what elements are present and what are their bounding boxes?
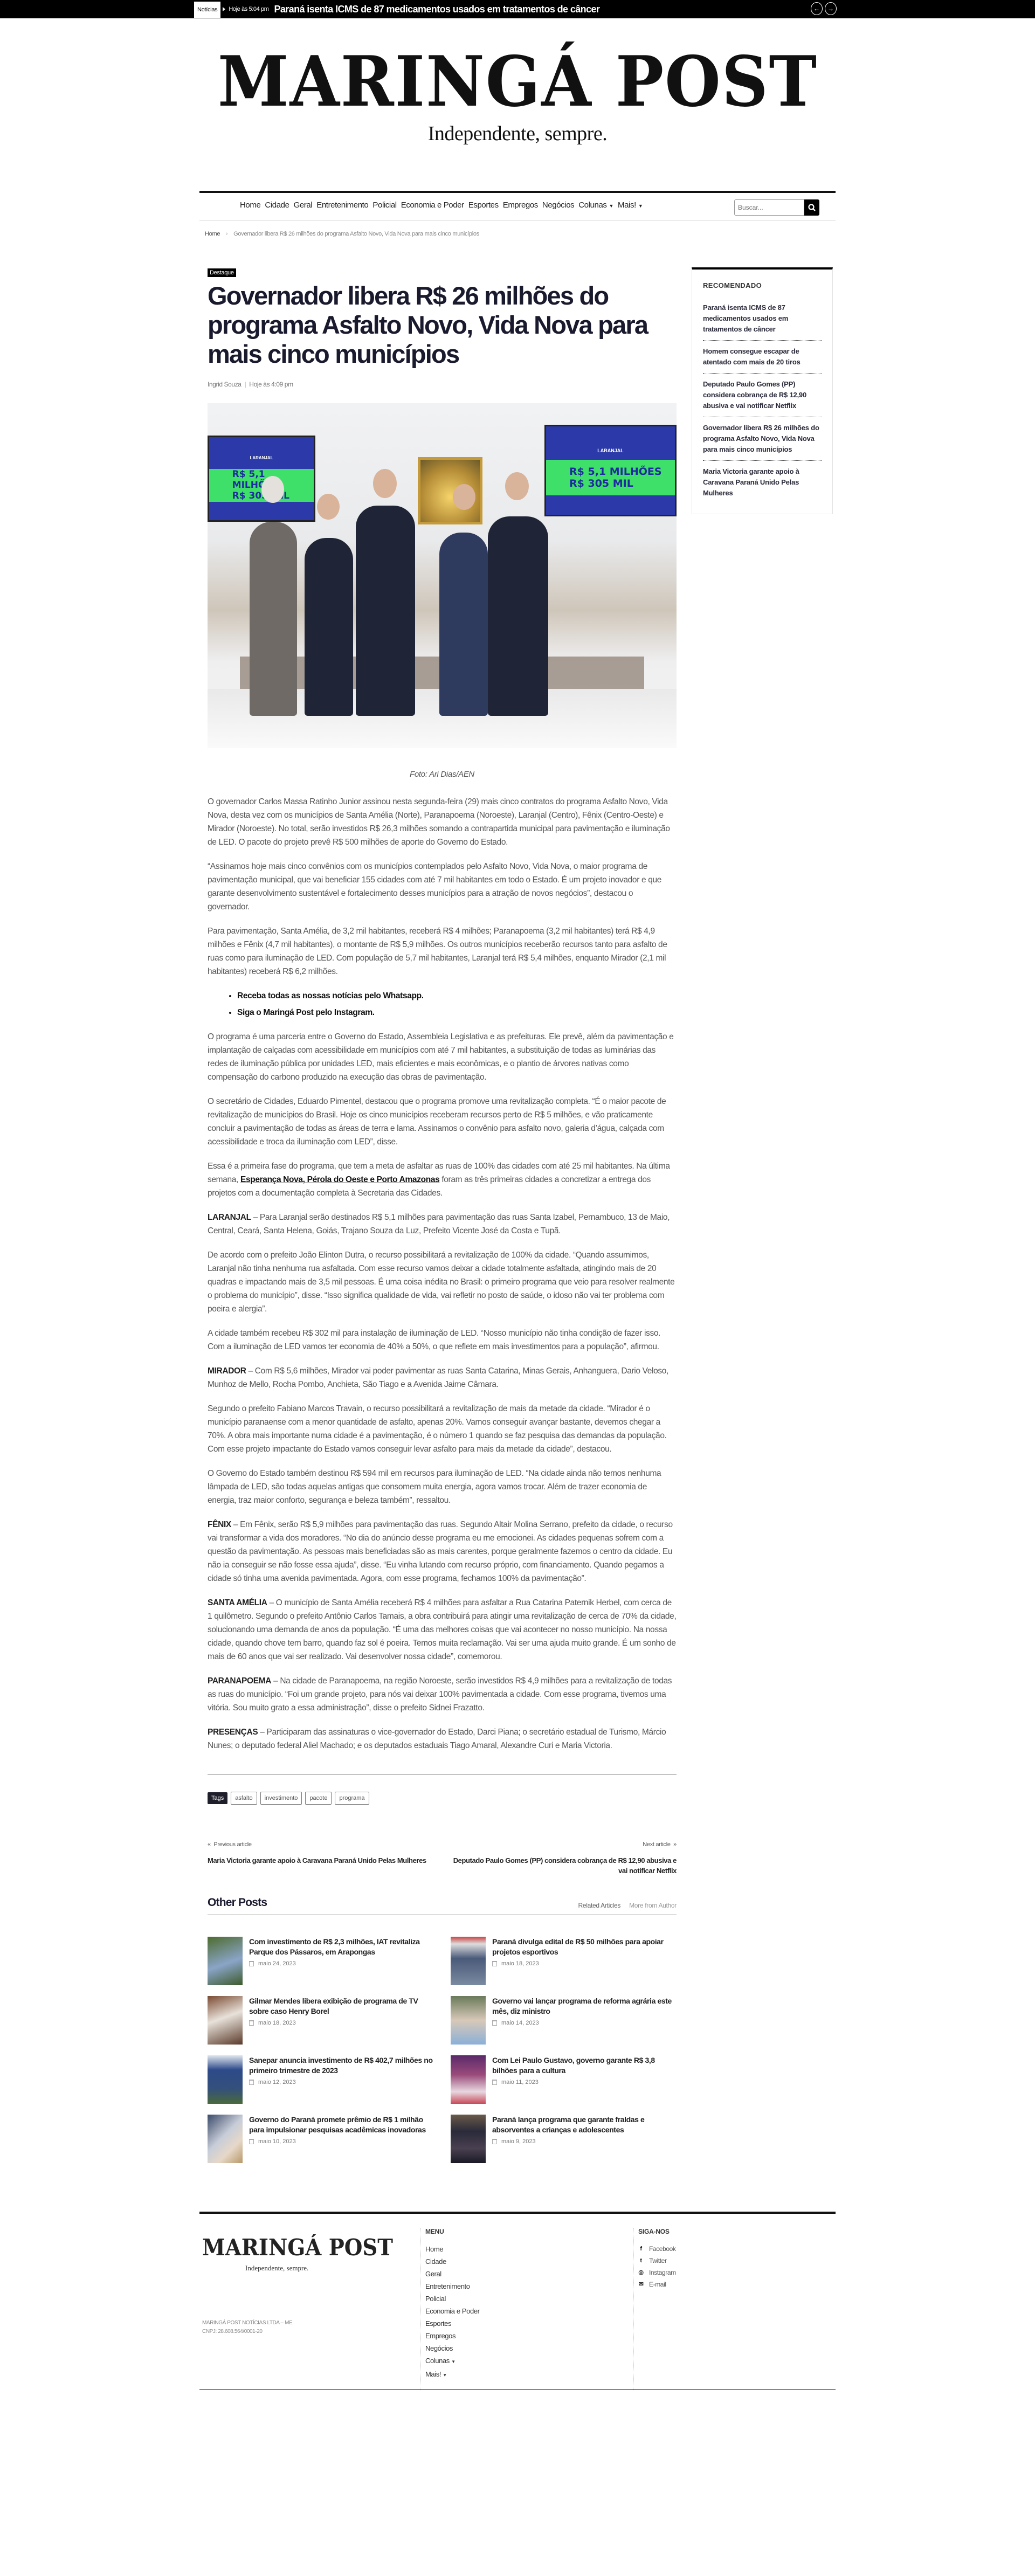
footer-menu-geral[interactable]: Geral	[425, 2270, 441, 2278]
post-title: Sanepar anuncia investimento de R$ 402,7…	[249, 2055, 433, 2076]
post-thumbnail	[208, 2115, 243, 2163]
paragraph: Essa é a primeira fase do programa, que …	[208, 1159, 677, 1200]
author-link[interactable]: Ingrid Souza	[208, 381, 241, 388]
chevron-down-icon: ▼	[451, 2359, 456, 2364]
next-title: Deputado Paulo Gomes (PP) considera cobr…	[450, 1855, 677, 1876]
facebook-link[interactable]: Facebook	[649, 2243, 676, 2255]
menu-label: Mais!	[425, 2370, 441, 2378]
post-title: Gilmar Mendes libera exibição de program…	[249, 1996, 433, 2016]
nav-item-home[interactable]: Home	[240, 201, 260, 210]
section-label: FÊNIX	[208, 1520, 231, 1529]
post-thumbnail	[451, 1937, 486, 1985]
paragraph: O secretário de Cidades, Eduardo Pimente…	[208, 1095, 677, 1149]
divider	[208, 1774, 677, 1774]
recommended-widget: RECOMENDADO Paraná isenta ICMS de 87 med…	[692, 267, 833, 514]
ticker-arrow-icon	[223, 7, 225, 11]
image-tv-screen-left: LARANJAL R$ 5,1 MILHÕES R$ 305 MIL	[208, 436, 315, 522]
footer-social-title: SIGA-NOS	[638, 2228, 836, 2235]
nav-item-mais[interactable]: Mais!▼	[618, 201, 643, 210]
nav-item-label: Mais!	[618, 201, 636, 210]
recommended-title: RECOMENDADO	[703, 281, 822, 289]
image-person-head	[317, 494, 340, 520]
paragraph: PARANAPOEMA – Na cidade de Paranapoema, …	[208, 1674, 677, 1715]
nav-item-policial[interactable]: Policial	[372, 201, 396, 210]
site-tagline: Independente, sempre.	[0, 122, 1035, 146]
other-posts-grid: Com investimento de R$ 2,3 milhões, IAT …	[208, 1937, 677, 2163]
email-icon: ✉	[638, 2278, 644, 2290]
screen-city: LARANJAL	[209, 455, 314, 460]
tag-investimento[interactable]: investimento	[260, 1792, 302, 1805]
footer-menu-negocios[interactable]: Negócios	[425, 2344, 453, 2352]
image-tv-screen-right: LARANJAL R$ 5,1 MILHÕES R$ 305 MIL	[544, 425, 677, 516]
article-body: O governador Carlos Massa Ratinho Junior…	[208, 795, 677, 1752]
calendar-icon	[492, 1961, 497, 1966]
instagram-icon: ◎	[638, 2267, 644, 2278]
instagram-link[interactable]: Siga o Maringá Post pelo Instagram.	[237, 1008, 375, 1017]
ticker-label: Notícias	[194, 2, 220, 18]
post-card[interactable]: Com Lei Paulo Gustavo, governo garante R…	[451, 2055, 677, 2104]
post-thumbnail	[451, 2055, 486, 2104]
whatsapp-link[interactable]: Receba todas as nossas notícias pelo Wha…	[237, 991, 424, 1000]
paragraph: PRESENÇAS – Participaram das assinaturas…	[208, 1725, 677, 1752]
image-caption: Foto: Ari Dias/AEN	[208, 770, 677, 779]
prev-title: Maria Victoria garante apoio à Caravana …	[208, 1855, 434, 1866]
post-date: maio 14, 2023	[501, 2020, 539, 2026]
text-span: – O município de Santa Amélia receberá R…	[208, 1598, 676, 1661]
calendar-icon	[249, 1961, 254, 1966]
double-chevron-left-icon: «	[208, 1841, 213, 1848]
paragraph: O governador Carlos Massa Ratinho Junior…	[208, 795, 677, 849]
paragraph: LARANJAL – Para Laranjal serão destinado…	[208, 1211, 677, 1238]
search-input[interactable]	[734, 199, 804, 216]
recommended-item[interactable]: Governador libera R$ 26 milhões do progr…	[703, 417, 822, 461]
meta-divider: |	[245, 381, 246, 388]
tab-related-articles[interactable]: Related Articles	[578, 1902, 621, 1909]
calendar-icon	[249, 2139, 254, 2144]
post-thumbnail	[208, 1996, 243, 2045]
chevron-down-icon: ▼	[443, 2373, 447, 2378]
ticker-next-button[interactable]: →	[825, 2, 837, 15]
nav-item-cidade[interactable]: Cidade	[265, 201, 289, 210]
masthead: MARINGÁ POST Independente, sempre.	[0, 18, 1035, 191]
section-label: LARANJAL	[208, 1213, 251, 1222]
nav-item-negocios[interactable]: Negócios	[542, 201, 574, 210]
twitter-link[interactable]: Twitter	[649, 2255, 667, 2267]
article-meta: Ingrid Souza|Hoje às 4:09 pm	[208, 381, 674, 388]
calendar-icon	[492, 2080, 497, 2085]
other-posts-header: Other Posts Related Articles More from A…	[208, 1896, 677, 1915]
post-title: Governo do Paraná promete prêmio de R$ 1…	[249, 2115, 433, 2135]
nav-item-colunas[interactable]: Colunas▼	[578, 201, 613, 210]
ticker-headline-link[interactable]: Paraná isenta ICMS de 87 medicamentos us…	[274, 4, 599, 15]
post-date: maio 9, 2023	[501, 2138, 536, 2145]
breadcrumb-home-link[interactable]: Home	[205, 231, 220, 237]
screen-value-1: R$ 5,1 MILHÕES	[569, 466, 675, 478]
menu-label: Colunas	[425, 2357, 450, 2365]
next-article-link[interactable]: Next article » Deputado Paulo Gomes (PP)…	[450, 1841, 677, 1876]
company-name: MARINGÁ POST NOTÍCIAS LTDA – ME	[202, 2319, 420, 2328]
footer-tagline: Independente, sempre.	[245, 2264, 420, 2273]
recommended-item[interactable]: Paraná isenta ICMS de 87 medicamentos us…	[703, 297, 822, 341]
text-span: – Em Fênix, serão R$ 5,9 milhões para pa…	[208, 1520, 673, 1583]
recommended-item[interactable]: Homem consegue escapar de atentado com m…	[703, 341, 822, 374]
nav-item-geral[interactable]: Geral	[294, 201, 313, 210]
other-posts-title: Other Posts	[208, 1896, 267, 1909]
paragraph: O programa é uma parceria entre o Govern…	[208, 1030, 677, 1084]
post-date: maio 10, 2023	[258, 2138, 296, 2145]
post-thumbnail	[451, 1996, 486, 2045]
prev-label: Previous article	[213, 1841, 251, 1848]
chevron-right-icon: ›	[226, 231, 227, 237]
search-button[interactable]	[804, 199, 819, 216]
nav-item-label: Colunas	[578, 201, 606, 210]
image-person-head	[453, 484, 475, 510]
calendar-icon	[249, 2080, 254, 2085]
footer-menu-entretenimento[interactable]: Entretenimento	[425, 2282, 470, 2290]
paragraph: O Governo do Estado também destinou R$ 5…	[208, 1467, 677, 1507]
post-title: Paraná lança programa que garante fralda…	[492, 2115, 677, 2135]
section-label: PARANAPOEMA	[208, 1676, 271, 1686]
post-date: maio 11, 2023	[501, 2079, 539, 2085]
post-date: maio 18, 2023	[258, 2020, 296, 2026]
ticker-time: Hoje às 5:04 pm	[229, 6, 268, 12]
post-card[interactable]: Governo do Paraná promete prêmio de R$ 1…	[208, 2115, 433, 2163]
section-label: MIRADOR	[208, 1366, 246, 1376]
nav-item-empregos[interactable]: Empregos	[503, 201, 538, 210]
tags-label: Tags	[208, 1792, 227, 1804]
post-card[interactable]: Governo vai lançar programa de reforma a…	[451, 1996, 677, 2045]
text-span: – Com R$ 5,6 milhões, Mirador vai poder …	[208, 1366, 668, 1389]
post-title: Com investimento de R$ 2,3 milhões, IAT …	[249, 1937, 433, 1957]
previous-article-link[interactable]: « Previous article Maria Victoria garant…	[208, 1841, 434, 1876]
post-date: maio 24, 2023	[258, 1960, 296, 1967]
paragraph: Segundo o prefeito Fabiano Marcos Travai…	[208, 1402, 677, 1456]
publish-date: Hoje às 4:09 pm	[249, 381, 293, 388]
twitter-icon: t	[638, 2255, 644, 2267]
post-card[interactable]: Gilmar Mendes libera exibição de program…	[208, 1996, 433, 2045]
post-thumbnail	[451, 2115, 486, 2163]
footer-menu: Home Cidade Geral Entretenimento Policia…	[425, 2243, 633, 2381]
screen-value-2: R$ 305 MIL	[569, 478, 675, 489]
footer: MARINGÁ POST Independente, sempre. MARIN…	[199, 2212, 836, 2389]
company-cnpj: CNPJ: 28.608.564/0001-20	[202, 2328, 420, 2336]
footer-menu-home[interactable]: Home	[425, 2245, 443, 2253]
post-card[interactable]: Sanepar anuncia investimento de R$ 402,7…	[208, 2055, 433, 2104]
screen-city: LARANJAL	[546, 448, 675, 453]
chevron-down-icon: ▼	[638, 203, 643, 209]
social-links: fFacebook tTwitter ◎Instagram ✉E-mail	[638, 2243, 836, 2290]
post-date: maio 12, 2023	[258, 2079, 296, 2085]
image-person	[250, 522, 297, 716]
footer-legal: MARINGÁ POST NOTÍCIAS LTDA – ME CNPJ: 28…	[202, 2319, 420, 2336]
footer-bottom-rule	[199, 2389, 836, 2422]
promo-list: Receba todas as nossas notícias pelo Wha…	[237, 989, 677, 1019]
post-title: Governo vai lançar programa de reforma a…	[492, 1996, 677, 2016]
sidebar: RECOMENDADO Paraná isenta ICMS de 87 med…	[692, 267, 833, 2163]
post-title: Com Lei Paulo Gustavo, governo garante R…	[492, 2055, 677, 2076]
footer-menu-economia[interactable]: Economia e Poder	[425, 2307, 480, 2315]
text-span: – Participaram das assinaturas o vice-go…	[208, 1728, 666, 1750]
article-pagination: « Previous article Maria Victoria garant…	[208, 1841, 677, 1876]
chevron-down-icon: ▼	[609, 203, 613, 209]
nav-item-entretenimento[interactable]: Entretenimento	[316, 201, 368, 210]
section-label: PRESENÇAS	[208, 1728, 258, 1737]
post-card[interactable]: Com investimento de R$ 2,3 milhões, IAT …	[208, 1937, 433, 1985]
related-cities-link[interactable]: Esperança Nova, Pérola do Oeste e Porto …	[240, 1175, 439, 1184]
post-card[interactable]: Paraná divulga edital de R$ 50 milhões p…	[451, 1937, 677, 1985]
ticker-bar: Notícias Hoje às 5:04 pm Paraná isenta I…	[0, 0, 1035, 18]
footer-menu-esportes[interactable]: Esportes	[425, 2319, 451, 2328]
recommended-item[interactable]: Deputado Paulo Gomes (PP) considera cobr…	[703, 374, 822, 417]
paragraph: FÊNIX – Em Fênix, serão R$ 5,9 milhões p…	[208, 1518, 677, 1585]
arrow-left-icon: ←	[813, 5, 820, 12]
facebook-icon: f	[638, 2243, 644, 2255]
article-hero-image: LARANJAL R$ 5,1 MILHÕES R$ 305 MIL LARAN…	[208, 403, 677, 748]
post-thumbnail	[208, 1937, 243, 1985]
nav-item-economia[interactable]: Economia e Poder	[401, 201, 464, 210]
next-label: Next article	[643, 1841, 670, 1848]
image-person-head	[373, 469, 397, 498]
arrow-right-icon: →	[827, 5, 834, 12]
double-chevron-right-icon: »	[671, 1841, 677, 1848]
post-thumbnail	[208, 2055, 243, 2104]
category-badge[interactable]: Destaque	[208, 268, 236, 277]
calendar-icon	[492, 2139, 497, 2144]
text-span: – Para Laranjal serão destinados R$ 5,1 …	[208, 1213, 670, 1235]
footer-menu-colunas[interactable]: Colunas ▼	[425, 2357, 456, 2365]
calendar-icon	[249, 2020, 254, 2026]
tab-more-from-author[interactable]: More from Author	[629, 1902, 677, 1909]
tags-row: Tags asfalto investimento pacote program…	[208, 1792, 674, 1805]
email-link[interactable]: E-mail	[649, 2278, 666, 2290]
search-icon	[808, 204, 816, 211]
recommended-item[interactable]: Maria Victoria garante apoio à Caravana …	[703, 461, 822, 504]
paragraph: “Assinamos hoje mais cinco convênios com…	[208, 860, 677, 914]
image-person	[305, 538, 353, 716]
image-person	[439, 533, 488, 716]
post-card[interactable]: Paraná lança programa que garante fralda…	[451, 2115, 677, 2163]
paragraph: A cidade também recebeu R$ 302 mil para …	[208, 1327, 677, 1353]
footer-logo[interactable]: MARINGÁ POST	[202, 2234, 403, 2261]
footer-menu-mais[interactable]: Mais! ▼	[425, 2370, 447, 2378]
paragraph: De acordo com o prefeito João Elinton Du…	[208, 1248, 677, 1316]
article-title: Governador libera R$ 26 milhões do progr…	[208, 281, 650, 369]
post-date: maio 18, 2023	[501, 1960, 539, 1967]
breadcrumb: Home › Governador libera R$ 26 milhões d…	[199, 231, 836, 237]
footer-menu-title: MENU	[425, 2228, 633, 2235]
image-person-head	[505, 472, 529, 500]
article-main: Destaque Governador libera R$ 26 milhões…	[199, 267, 674, 2163]
paragraph: SANTA AMÉLIA – O município de Santa Amél…	[208, 1596, 677, 1663]
main-nav: Home Cidade Geral Entretenimento Policia…	[199, 191, 836, 221]
footer-menu-empregos[interactable]: Empregos	[425, 2332, 456, 2340]
site-logo[interactable]: MARINGÁ POST	[217, 50, 817, 114]
nav-item-esportes[interactable]: Esportes	[468, 201, 499, 210]
instagram-link[interactable]: Instagram	[649, 2267, 676, 2278]
image-person-head	[261, 476, 284, 503]
breadcrumb-current: Governador libera R$ 26 milhões do progr…	[233, 231, 479, 237]
image-person	[488, 516, 548, 716]
footer-menu-policial[interactable]: Policial	[425, 2295, 446, 2303]
section-label: SANTA AMÉLIA	[208, 1598, 267, 1607]
tag-pacote[interactable]: pacote	[305, 1792, 332, 1805]
footer-menu-cidade[interactable]: Cidade	[425, 2257, 446, 2266]
text-span: – Na cidade de Paranapoema, na região No…	[208, 1676, 672, 1712]
image-person	[356, 506, 415, 716]
post-title: Paraná divulga edital de R$ 50 milhões p…	[492, 1937, 677, 1957]
paragraph: Para pavimentação, Santa Amélia, de 3,2 …	[208, 924, 677, 978]
search-form	[734, 199, 819, 216]
tag-programa[interactable]: programa	[335, 1792, 369, 1805]
tag-asfalto[interactable]: asfalto	[231, 1792, 257, 1805]
ticker-prev-button[interactable]: ←	[811, 2, 823, 15]
calendar-icon	[492, 2020, 497, 2026]
paragraph: MIRADOR – Com R$ 5,6 milhões, Mirador va…	[208, 1364, 677, 1391]
